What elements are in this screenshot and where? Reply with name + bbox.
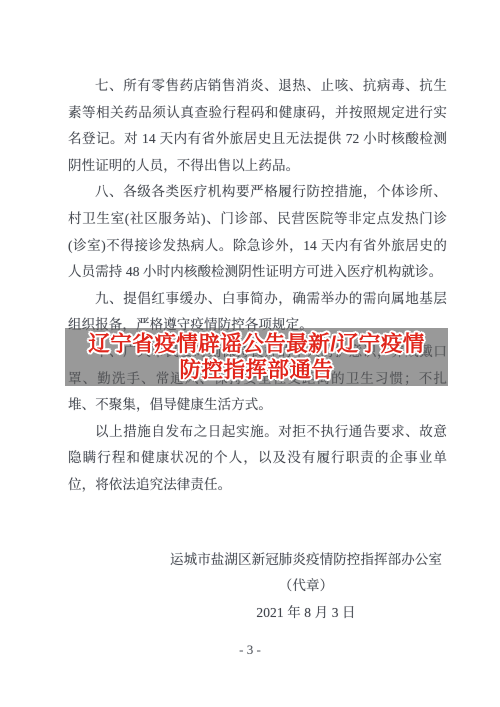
notice-closing-paragraph: 以上措施自发布之日起实施。对拒不执行通告要求、故意隐瞒行程和健康状况的个人，以及… bbox=[68, 419, 447, 499]
issue-date: 2021 年 8 月 3 日 bbox=[168, 600, 444, 627]
seal-note: （代章） bbox=[168, 573, 444, 600]
scanned-notice-page: 七、所有零售药店销售消炎、退热、止咳、抗病毒、抗生素等相关药品须认真查验行程码和… bbox=[0, 0, 500, 707]
watermark-title-line1: 辽宁省疫情辟谣公告最新/辽宁疫情 bbox=[88, 331, 424, 357]
signature-block: 运城市盐湖区新冠肺炎疫情防控指挥部办公室 （代章） 2021 年 8 月 3 日 bbox=[168, 547, 444, 627]
notice-paragraph-8: 八、各级各类医疗机构要严格履行防控措施，个体诊所、村卫生室(社区服务站)、门诊部… bbox=[68, 179, 447, 285]
watermark-banner: 辽宁省疫情辟谣公告最新/辽宁疫情 防控指挥部通告 bbox=[65, 328, 448, 386]
notice-paragraph-7: 七、所有零售药店销售消炎、退热、止咳、抗病毒、抗生素等相关药品须认真查验行程码和… bbox=[68, 73, 447, 179]
page-number: - 3 - bbox=[0, 640, 500, 660]
watermark-title-line2: 防控指挥部通告 bbox=[179, 357, 333, 383]
issuing-office: 运城市盐湖区新冠肺炎疫情防控指挥部办公室 bbox=[168, 547, 444, 574]
